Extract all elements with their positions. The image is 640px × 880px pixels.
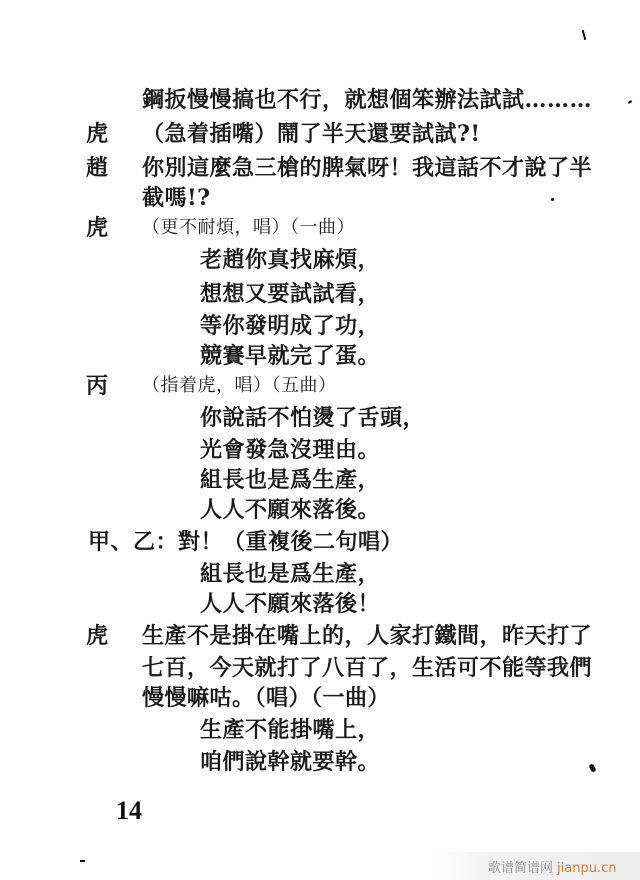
dialogue-line: 七百，今天就打了八百了，生活可不能等我們 bbox=[142, 654, 592, 682]
scan-speck bbox=[582, 30, 587, 40]
song-line: 組長也是爲生產， bbox=[200, 466, 380, 494]
dialogue-line: 截嗎!? bbox=[142, 184, 211, 212]
speaker-label: 虎 bbox=[86, 214, 108, 242]
watermark-site-name: 歌谱简谱网 bbox=[488, 861, 553, 876]
dialogue-line: 慢慢嘛咕。（唱）（一曲） bbox=[142, 684, 390, 712]
song-line: 光會發急沒理由。 bbox=[200, 436, 380, 464]
scanned-page: 鋼扳慢慢搞也不行，就想個笨辦法試試……… 虎 （急着插嘴）鬧了半天還要試試?! … bbox=[0, 0, 640, 880]
song-line: 競賽早就完了蛋。 bbox=[200, 342, 380, 370]
watermark-domain: jianpu.cn bbox=[557, 861, 616, 876]
song-line: 人人不願來落後！ bbox=[200, 590, 380, 618]
dialogue-line: （急着插嘴）鬧了半天還要試試?! bbox=[142, 120, 481, 148]
song-line: 等你發明成了功， bbox=[200, 312, 380, 340]
dialogue-line: 生產不是掛在嘴上的，人家打鐵間，昨天打了 bbox=[142, 622, 592, 650]
speaker-label: 甲、乙： bbox=[88, 528, 178, 556]
dialogue-line: 鋼扳慢慢搞也不行，就想個笨辦法試試……… bbox=[142, 86, 592, 114]
speaker-label: 趙 bbox=[86, 154, 108, 182]
scan-speck bbox=[588, 763, 596, 772]
song-line: 組長也是爲生產， bbox=[200, 560, 380, 588]
dialogue-line: 你別這麼急三槍的脾氣呀！我這話不才說了半 bbox=[142, 154, 592, 182]
song-line: 你說話不怕燙了舌頭， bbox=[200, 404, 425, 432]
scan-speck bbox=[551, 198, 554, 201]
song-line: 生產不能掛嘴上， bbox=[200, 716, 380, 744]
speaker-label: 虎 bbox=[86, 120, 108, 148]
song-line: 想想又要試試看， bbox=[200, 280, 380, 308]
stage-direction: （指着虎，唱）（五曲） bbox=[142, 372, 337, 400]
watermark: 歌谱简谱网jianpu.cn bbox=[488, 857, 616, 876]
song-line: 咱們說幹就要幹。 bbox=[200, 748, 380, 776]
speaker-label: 虎 bbox=[86, 622, 108, 650]
page-number: 14 bbox=[116, 796, 142, 826]
speaker-label: 丙 bbox=[86, 372, 108, 400]
dialogue-line: 對！（重複後二句唱） bbox=[178, 528, 403, 556]
scan-speck bbox=[80, 860, 85, 862]
scan-speck bbox=[628, 100, 632, 104]
stage-direction: （更不耐煩，唱）（一曲） bbox=[142, 214, 355, 242]
song-line: 人人不願來落後。 bbox=[200, 496, 380, 524]
song-line: 老趙你真找麻煩， bbox=[200, 246, 380, 274]
